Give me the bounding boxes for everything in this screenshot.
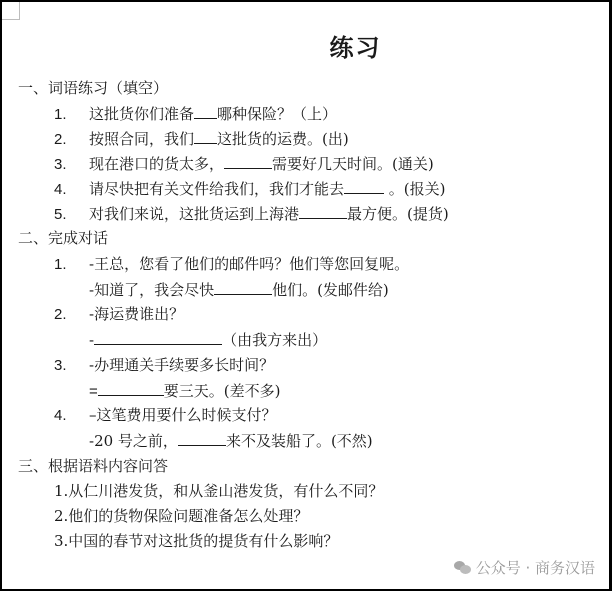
wechat-icon <box>454 561 472 575</box>
fill-blank <box>98 380 164 396</box>
question-item: 1.从仁川港发货，和从釜山港发货，有什么不同？ <box>54 481 383 501</box>
dialog-item: 2.-海运费谁出？ <box>54 304 184 325</box>
section-heading-2: 二、完成对话 <box>18 228 108 248</box>
dialog-response: =要三天。(差不多) <box>89 380 280 402</box>
fill-blank <box>178 430 226 446</box>
question-item: 3.中国的春节对这批货的提货有什么影响？ <box>54 531 338 551</box>
dialog-response: -20 号之前，来不及装船了。(不然) <box>89 430 373 451</box>
dialog-item: 4.–这笔费用要什么时候支付？ <box>54 405 277 426</box>
list-item: 3.现在港口的货太多，需要好几天时间。(通关) <box>54 153 434 175</box>
section-heading-3: 三、根据语料内容问答 <box>18 456 168 476</box>
list-item: 4.请尽快把有关文件给我们，我们才能去 。(报关) <box>54 178 446 200</box>
page-title: 练习 <box>2 28 609 63</box>
fill-blank <box>299 203 347 219</box>
dialog-response: -（由我方来出） <box>89 329 327 350</box>
section-heading-1: 一、词语练习（填空） <box>18 78 168 98</box>
fill-blank <box>214 279 272 295</box>
document-page: 练习 一、词语练习（填空） 1.这批货你们准备哪种保险？（上） 2.按照合同，我… <box>2 2 609 589</box>
question-item: 2.他们的货物保险问题准备怎么处理？ <box>54 506 308 526</box>
fill-blank <box>224 153 272 169</box>
list-item: 2.按照合同，我们这批货的运费。(出) <box>54 128 349 150</box>
dialog-item: 1.-王总，您看了他们的邮件吗？他们等您回复呢。 <box>54 254 409 275</box>
fill-blank <box>194 103 217 119</box>
page-corner-mark <box>2 2 20 20</box>
dialog-item: 3.-办理通关手续要多长时间？ <box>54 355 274 376</box>
list-item: 1.这批货你们准备哪种保险？（上） <box>54 103 337 125</box>
dialog-response: -知道了，我会尽快他们。(发邮件给) <box>89 279 389 300</box>
list-item: 5.对我们来说，这批货运到上海港最方便。(提货) <box>54 203 449 225</box>
watermark: 公众号 · 商务汉语 <box>454 557 595 578</box>
fill-blank <box>344 178 384 194</box>
fill-blank <box>194 128 217 144</box>
fill-blank <box>94 329 222 345</box>
